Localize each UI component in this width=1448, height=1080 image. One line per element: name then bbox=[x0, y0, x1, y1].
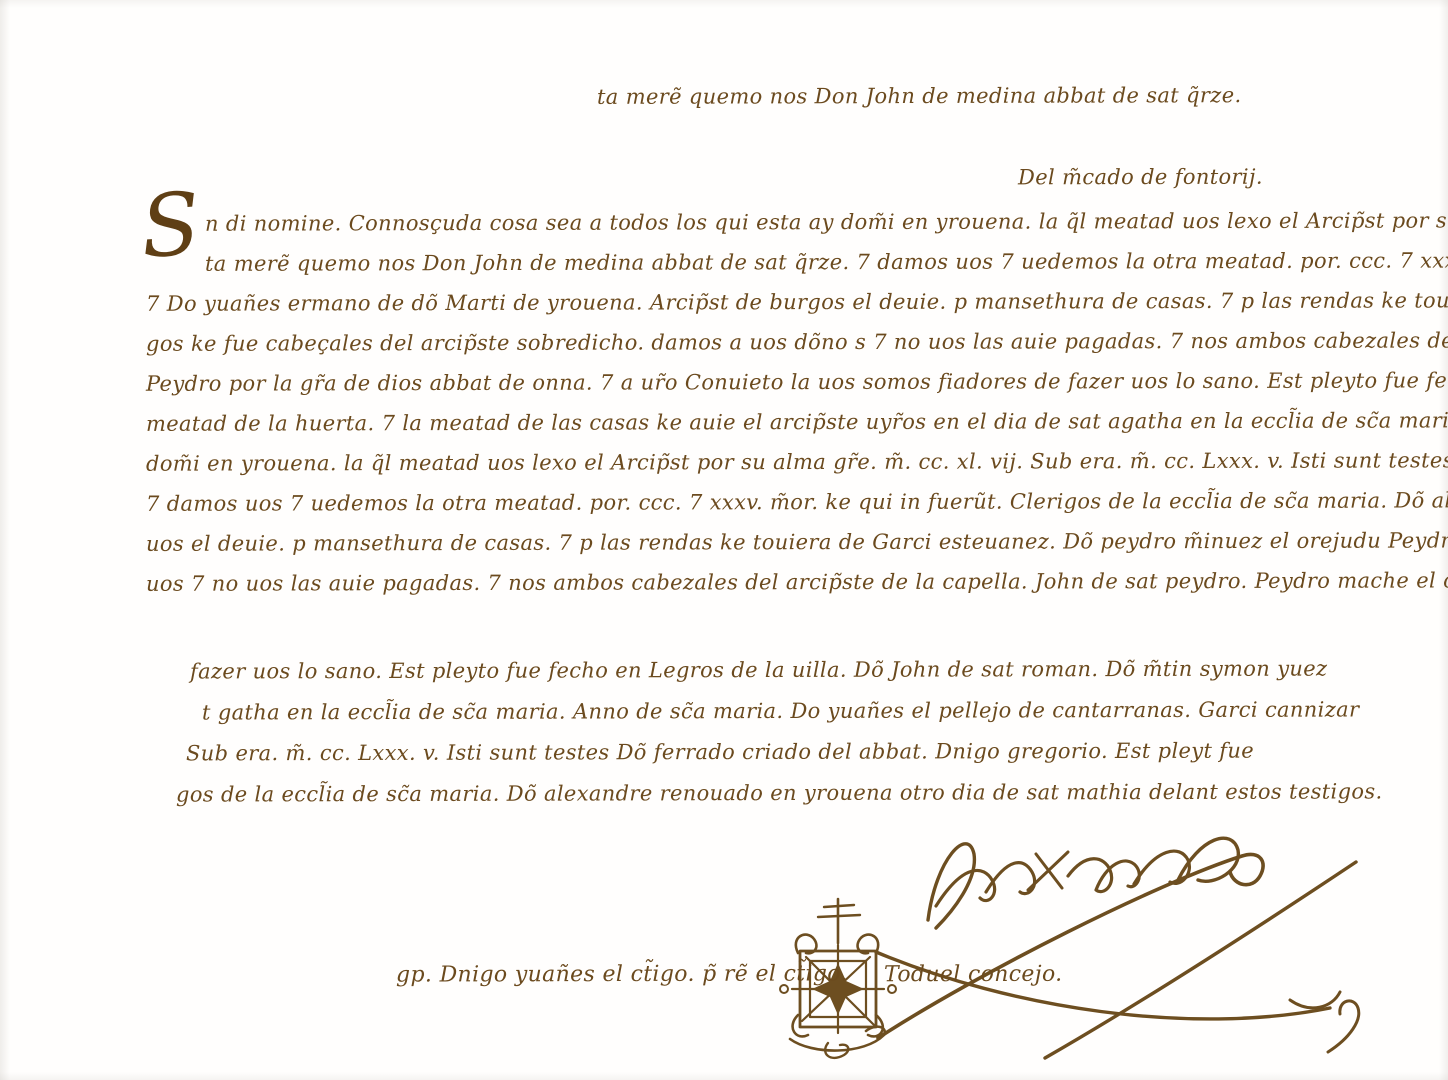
drop-cap-initial: S bbox=[138, 181, 203, 271]
addendum-line: fazer uos lo sano. Est pleyto fue fecho … bbox=[190, 657, 1328, 684]
body-line: meatad de la huerta. 7 la meatad de las … bbox=[146, 408, 1448, 436]
body-line: gos ke fue cabeçales del arcip̃ste sobre… bbox=[146, 328, 1448, 356]
body-line: dom̃i en yrouena. la q̃l meatad uos lexo… bbox=[146, 448, 1448, 475]
body-line: ta merẽ quemo nos Don John de medina abb… bbox=[205, 248, 1448, 276]
footer-attestation-right: Toduel concejo. bbox=[884, 962, 1063, 987]
rubric-signature-flourish-icon bbox=[860, 800, 1400, 1075]
addendum-line: Sub era. m̃. cc. Lxxx. v. Isti sunt test… bbox=[186, 739, 1254, 766]
body-line: 7 Do yuañes ermano de dõ Marti de yrouen… bbox=[146, 288, 1448, 316]
footer-attestation-left: gp. Dnigo yuañes el ct̃igo. p̃ rẽ el ct̃… bbox=[396, 961, 848, 987]
manuscript-page: ta merẽ quemo nos Don John de medina abb… bbox=[0, 0, 1448, 1080]
body-line: n di nomine. Connosçuda cosa sea a todos… bbox=[205, 208, 1448, 235]
addendum-line: t gatha en la eccl̃ia de sc̃a maria. Ann… bbox=[202, 697, 1359, 724]
body-line: Peydro por la gr̃a de dios abbat de onna… bbox=[146, 368, 1448, 396]
header-place-line: Del m̃cado de fontorij. bbox=[1018, 165, 1263, 190]
body-line: 7 damos uos 7 uedemos la otra meatad. po… bbox=[146, 488, 1448, 516]
body-line: uos el deuie. p mansethura de casas. 7 p… bbox=[146, 528, 1448, 556]
body-line: uos 7 no uos las auie pagadas. 7 nos amb… bbox=[146, 568, 1448, 596]
header-fragment-line: ta merẽ quemo nos Don John de medina abb… bbox=[597, 83, 1242, 109]
